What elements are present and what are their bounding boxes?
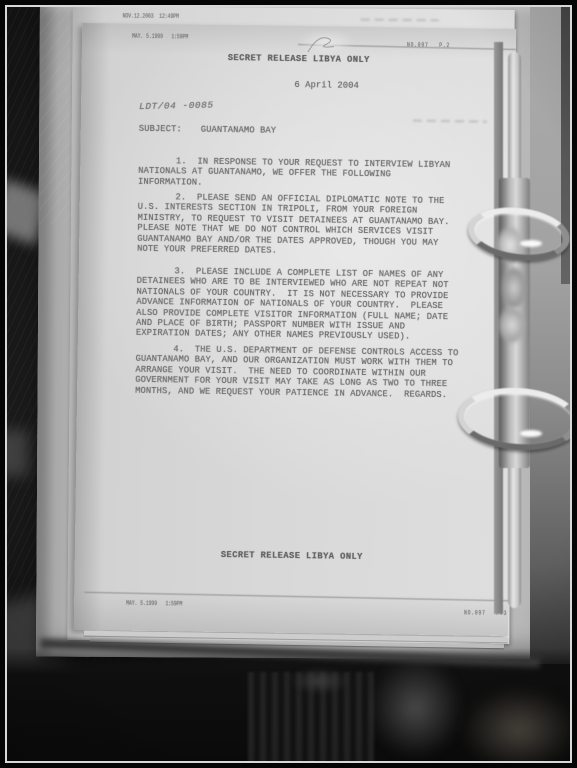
prev-page-fax-timestamp: NOV.12.2003 12:49PM [123, 13, 179, 20]
ring-hardware-blur [499, 308, 525, 342]
plastic-wrap-silhouette [368, 656, 464, 760]
ring-hardware-blur [502, 268, 526, 308]
document-page: MAY. 5.1999 1:59PM NO.097 P.2 SECRET REL… [74, 23, 516, 636]
photo-of-binder-document: NOV.12.2003 12:49PM MAY. 5.1999 1:59PM N… [0, 0, 577, 768]
ring-glint [520, 240, 542, 247]
ring-glint [520, 430, 542, 437]
faint-fax-marks [361, 19, 439, 22]
page-shading [74, 23, 516, 636]
bottle-glint [290, 668, 350, 694]
hand-silhouette [462, 688, 577, 768]
table-shadow-shape [0, 430, 28, 476]
